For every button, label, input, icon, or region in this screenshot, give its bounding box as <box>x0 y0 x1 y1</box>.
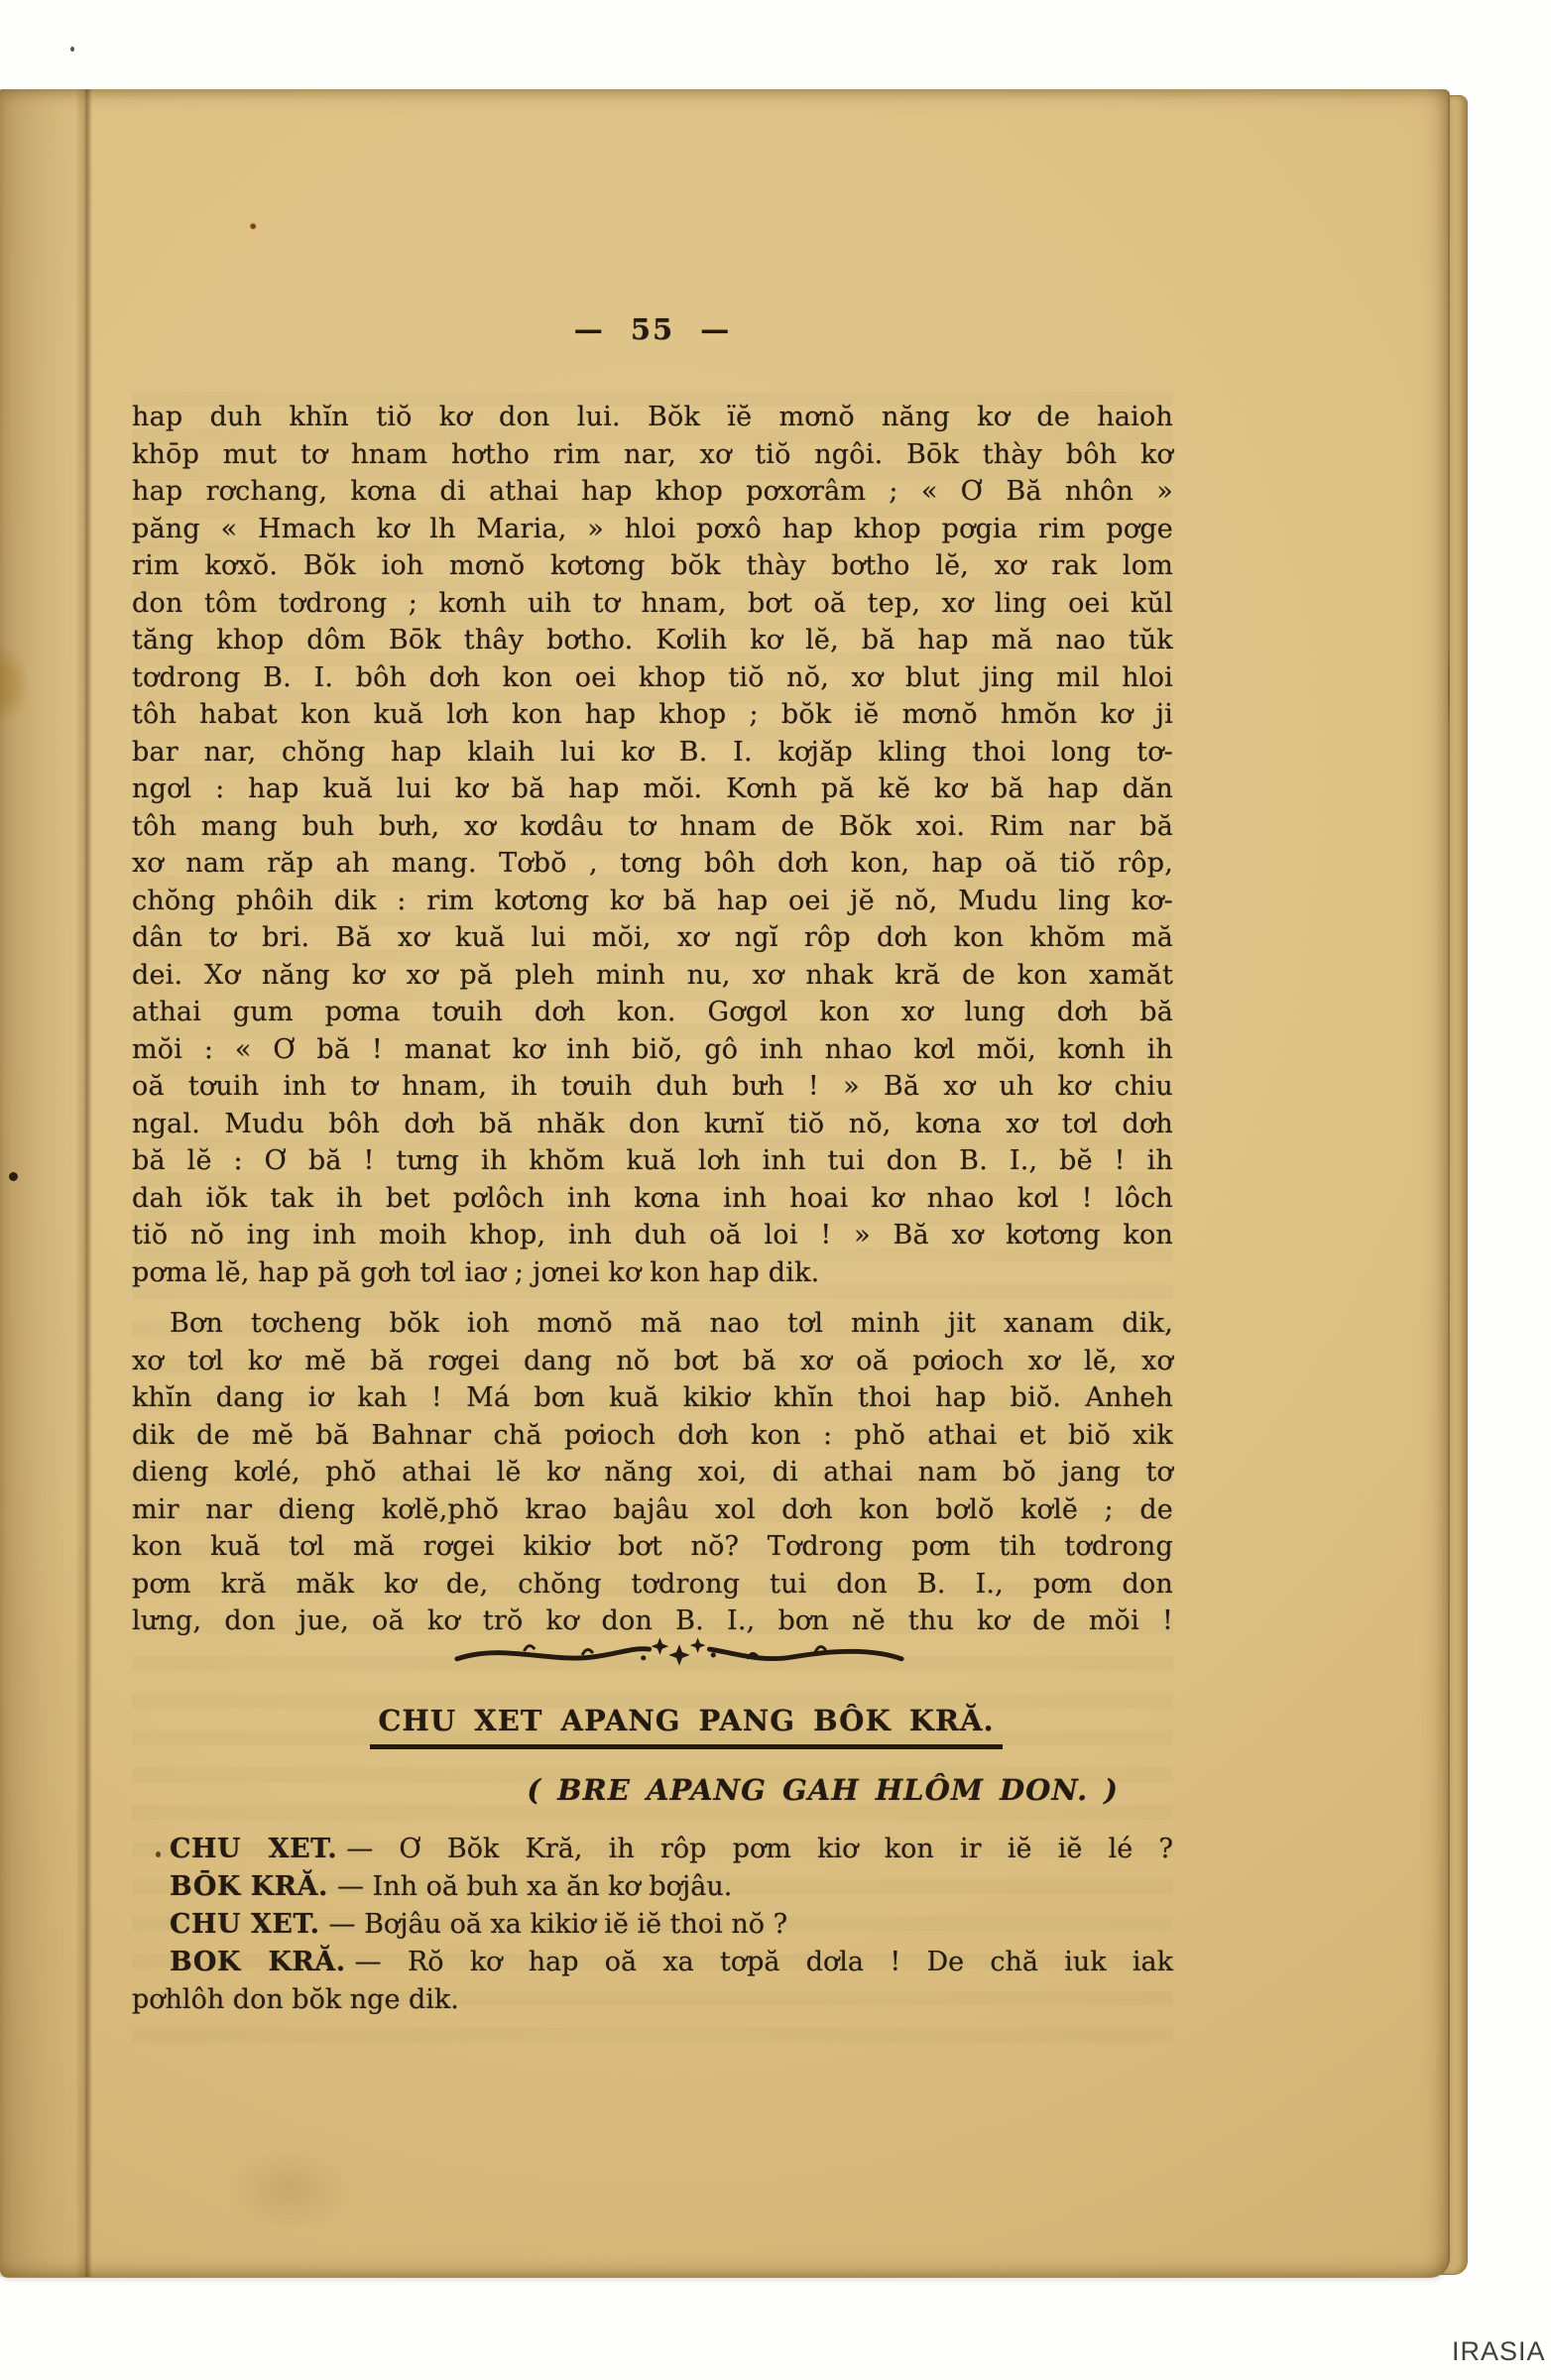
dialogue-text: — Inh oă buh xa ăn kơ bơjâu. <box>337 1871 732 1902</box>
text-line: hap duh khĭn tiŏ kơ don lui. Bŏk ïĕ mơnŏ… <box>132 399 1173 436</box>
text-line: khĭn dang iơ kah ! Má bơn kuă kikiơ khĭn… <box>132 1379 1173 1417</box>
dialogue-text: — Ơ Bŏk Kră, ih rôp pơm kiơ kon ir iĕ iĕ… <box>346 1834 1173 1864</box>
text-line: oă tơuih inh tơ hnam, ih tơuih duh bưh !… <box>132 1068 1173 1106</box>
page-gutter-shading <box>0 89 81 2277</box>
text-line: pơm kră măk kơ de, chŏng tơdrong tui don… <box>132 1566 1173 1604</box>
paragraph-second: Bơn tơcheng bŏk ioh mơnŏ mă nao tơl minh… <box>132 1305 1173 1640</box>
text-line: dei. Xơ năng kơ xơ pă pleh minh nu, xơ n… <box>132 957 1173 995</box>
speaker-name: BŌK KRĂ. <box>170 1871 328 1902</box>
section-title: CHU XET APANG PANG BÔK KRĂ. <box>370 1704 1002 1749</box>
text-line: tiŏ nŏ ing inh moih khop, inh duh oă loi… <box>132 1217 1173 1254</box>
dialogue-line: CHU XET.— Bơjâu oă xa kikiơ iĕ iĕ thoi n… <box>132 1906 1173 1944</box>
text-line: pơma lĕ, hap pă gơh tơl iaơ ; jơnei kơ k… <box>132 1254 1173 1292</box>
text-line: dieng kơlé, phŏ athai lĕ kơ năng xoi, di… <box>132 1454 1173 1491</box>
section-subtitle-row: ( BRE APANG GAH HLÔM DON. ) <box>132 1773 1173 1807</box>
dialogue-text: pơhlôh don bŏk nge dik. <box>132 1984 459 2015</box>
text-line: ngal. Mudu bôh dơh bă nhăk don kưnĭ tiŏ … <box>132 1106 1173 1143</box>
section-subtitle: ( BRE APANG GAH HLÔM DON. ) <box>527 1773 1119 1807</box>
text-line: tơdrong B. I. bôh dơh kon oei khop tiŏ n… <box>132 659 1173 697</box>
text-line: chŏng phôih dik : rim kơtơng kơ bă hap o… <box>132 883 1173 920</box>
text-line: dah iŏk tak ih bet pơlôch inh kơna inh h… <box>132 1180 1173 1218</box>
dialogue-line: BOK KRĂ.— Rŏ kơ hap oă xa tơpă dơla ! De… <box>132 1944 1173 1981</box>
text-line: xơ nam răp ah mang. Tơbŏ , tơng bôh dơh … <box>132 845 1173 883</box>
dialogue-text: — Bơjâu oă xa kikiơ iĕ iĕ thoi nŏ ? <box>329 1909 788 1940</box>
text-line: kon kuă tơl mă rơgei kikiơ bơt nŏ? Tơdro… <box>132 1528 1173 1566</box>
ink-speck <box>70 47 74 52</box>
text-line: xơ tơl kơ mĕ bă rơgei dang nŏ bơt bă xơ … <box>132 1343 1173 1380</box>
text-line: tăng khop dôm Bōk thây bơtho. Kơlih kơ l… <box>132 622 1173 659</box>
speaker-name: CHU XET. <box>170 1909 320 1940</box>
text-line: dân tơ bri. Bă xơ kuă lui mŏi, xơ ngĭ rô… <box>132 919 1173 957</box>
page-number: — 55 — <box>132 312 1173 346</box>
ink-speck <box>251 224 256 229</box>
text-line: hap rơchang, kơna di athai hap khop pơxơ… <box>132 473 1173 511</box>
dialogue-block: CHU XET.— Ơ Bŏk Kră, ih rôp pơm kiơ kon … <box>132 1831 1173 2019</box>
text-line: păng « Hmach kơ lh Maria, » hloi pơxô ha… <box>132 511 1173 548</box>
text-line: mir nar dieng kơlĕ,phŏ krao bajâu xol dơ… <box>132 1491 1173 1529</box>
speaker-name: BOK KRĂ. <box>170 1947 346 1977</box>
page-fold-crease <box>75 89 97 2277</box>
section-heading-row: CHU XET APANG PANG BÔK KRĂ. <box>132 1704 1173 1749</box>
text-line: khōp mut tơ hnam hơtho rim nar, xơ tiŏ n… <box>132 436 1173 474</box>
text-line: dik de mĕ bă Bahnar chă pơioch dơh kon :… <box>132 1417 1173 1455</box>
text-line: bă lĕ : Ơ bă ! tưng ih khŏm kuă lơh inh … <box>132 1142 1173 1180</box>
scanned-book-photo: — 55 — hap duh khĭn tiŏ kơ don lui. Bŏk … <box>0 0 1551 2380</box>
text-line: mŏi : « Ơ bă ! manat kơ inh biŏ, gô inh … <box>132 1031 1173 1069</box>
dialogue-line: pơhlôh don bŏk nge dik. <box>132 1981 1173 2019</box>
paragraph-continued: hap duh khĭn tiŏ kơ don lui. Bŏk ïĕ mơnŏ… <box>132 399 1173 1291</box>
speaker-name: CHU XET. <box>170 1834 337 1864</box>
text-line: tôh habat kon kuă lơh kon hap khop ; bŏk… <box>132 696 1173 734</box>
dialogue-line: BŌK KRĂ.— Inh oă buh xa ăn kơ bơjâu. <box>132 1868 1173 1906</box>
text-line: bar nar, chŏng hap klaih lui kơ B. I. kơ… <box>132 734 1173 772</box>
dialogue-line: CHU XET.— Ơ Bŏk Kră, ih rôp pơm kiơ kon … <box>132 1831 1173 1868</box>
text-line: athai gum pơma tơuih dơh kon. Gơgơl kon … <box>132 994 1173 1031</box>
floral-divider-icon <box>451 1632 907 1672</box>
text-line: ngơl : hap kuă lui kơ bă hap mŏi. Kơnh p… <box>132 771 1173 808</box>
text-line: Bơn tơcheng bŏk ioh mơnŏ mă nao tơl minh… <box>132 1305 1173 1343</box>
text-line: don tôm tơdrong ; kơnh uih tơ hnam, bơt … <box>132 585 1173 623</box>
watermark-text: IRASIA <box>1452 2336 1546 2367</box>
text-line: tôh mang buh bưh, xơ kơdâu tơ hnam de Bŏ… <box>132 808 1173 846</box>
dialogue-text: — Rŏ kơ hap oă xa tơpă dơla ! De chă iuk… <box>355 1947 1173 1977</box>
text-line: rim kơxŏ. Bŏk ioh mơnŏ kơtơng bŏk thày b… <box>132 547 1173 585</box>
ink-speck <box>9 1172 18 1181</box>
ink-speck <box>156 1851 161 1857</box>
